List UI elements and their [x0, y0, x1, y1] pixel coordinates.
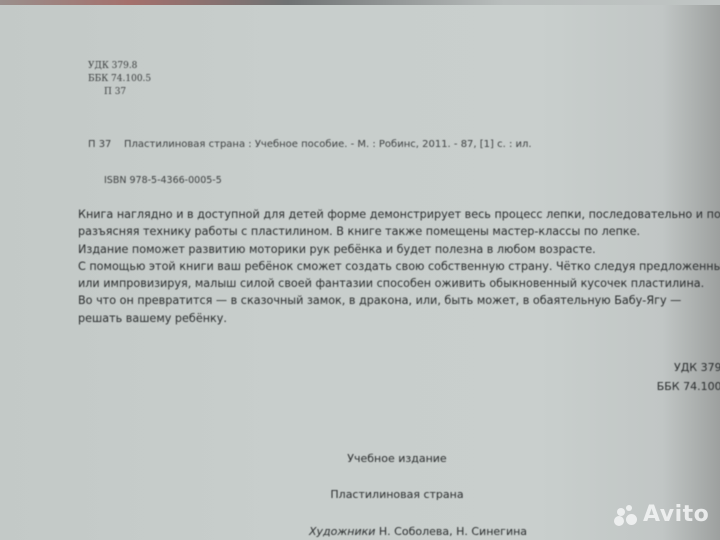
- annotation-line: Во что он превратится — в сказочный замо…: [78, 292, 720, 309]
- annotation-line: Издание поможет развитию моторики рук ре…: [78, 241, 720, 258]
- isbn: ISBN 978-5-4366-0005-5: [104, 175, 222, 186]
- author-mark: П 37: [88, 86, 151, 99]
- artists-role: Художники: [309, 525, 375, 538]
- classification-codes-bottom: УДК 379. ББК 74.100.: [668, 358, 720, 396]
- udk-code-bottom: УДК 379.: [668, 358, 720, 377]
- annotation-line: разъясняя технику работы с пластилином. …: [78, 223, 720, 240]
- bibliographic-text: Пластилиновая страна : Учебное пособие. …: [124, 139, 532, 150]
- artists-names: Н. Соболева, Н. Синегина: [379, 525, 527, 538]
- annotation-line: С помощью этой книги ваш ребёнок сможет …: [78, 258, 720, 275]
- bbk-code-bottom: ББК 74.100.: [653, 377, 720, 396]
- classification-codes-top: УДК 379.8 ББК 74.100.5 П 37: [88, 60, 151, 99]
- book-title: Пластилиновая страна: [37, 488, 720, 501]
- avito-logo-text: Avito: [643, 502, 709, 527]
- bibliographic-record: П 37Пластилиновая страна : Учебное пособ…: [88, 139, 532, 150]
- bibliographic-mark: П 37: [88, 139, 124, 150]
- annotation-line: решать вашему ребёнку.: [78, 310, 720, 327]
- imprint-page: УДК 379.8 ББК 74.100.5 П 37 П 37Пластили…: [0, 0, 720, 540]
- bbk-code: ББК 74.100.5: [88, 73, 151, 86]
- udk-code: УДК 379.8: [88, 60, 151, 73]
- annotation-line: Книга наглядно и в доступной для детей ф…: [78, 206, 720, 223]
- avito-watermark: Avito: [614, 502, 709, 527]
- edition-type: Учебное издание: [37, 452, 720, 465]
- annotation: Книга наглядно и в доступной для детей ф…: [78, 206, 720, 327]
- avito-dots-icon: [614, 504, 640, 526]
- annotation-line: или импровизируя, малыш силой своей фант…: [78, 275, 720, 292]
